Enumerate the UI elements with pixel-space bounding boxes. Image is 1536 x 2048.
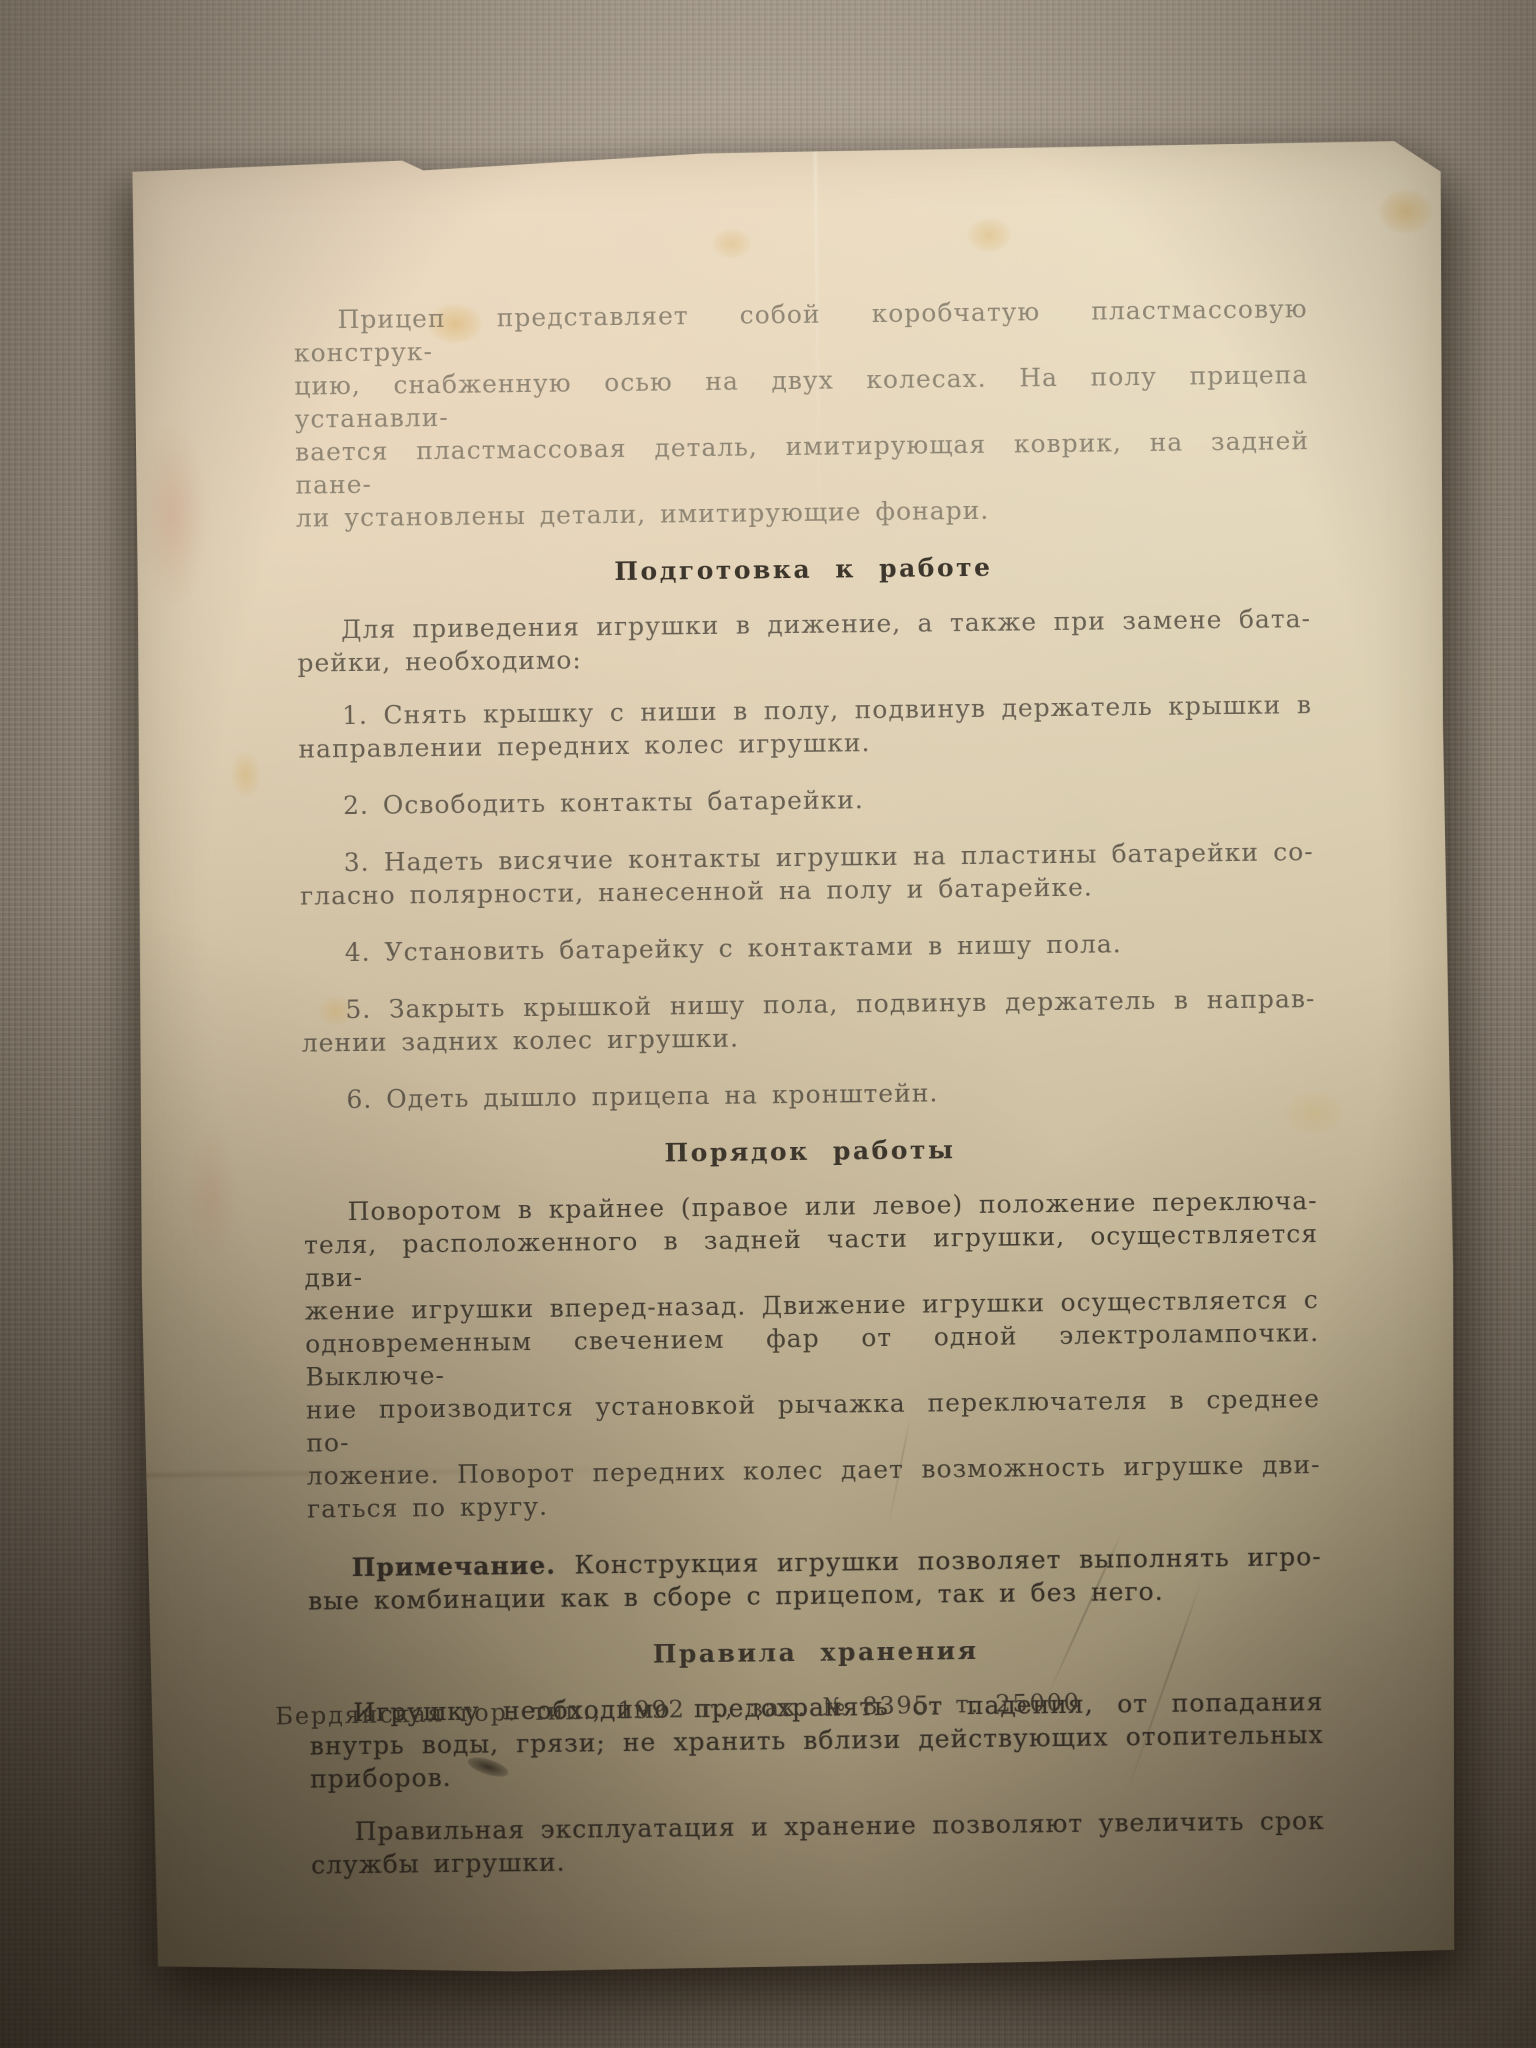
text-line: вается пластмассовая деталь, имитирующая… (295, 424, 1310, 501)
text-line: 4. Установить батарейку с контактами в н… (301, 925, 1315, 970)
list-item: 5. Закрыть крышкой нишу пола, подвинув д… (301, 982, 1316, 1059)
note-label: Примечание. (352, 1551, 575, 1583)
text-line: цию, снабженную осью на двух колесах. На… (294, 358, 1309, 435)
text-line: 2. Освободить контакты батарейки. (299, 778, 1313, 823)
paragraph: Правильная эксплуатация и хранение позво… (311, 1804, 1326, 1881)
text-line: теля, расположенного в задней части игру… (304, 1217, 1319, 1294)
paper-page-wrap: Прицеп представляет собой коробчатую пла… (126, 141, 1463, 1978)
list-item: 4. Установить батарейку с контактами в н… (301, 925, 1315, 970)
paragraph: Прицеп представляет собой коробчатую пла… (293, 292, 1310, 534)
stain (230, 752, 261, 797)
section-heading: Правила хранения (309, 1630, 1323, 1675)
section-heading: Порядок работы (303, 1129, 1317, 1174)
text-line: ние производится установкой рычажка пере… (306, 1382, 1321, 1459)
text-line: одновременным свечением фар от одной эле… (305, 1316, 1320, 1393)
list-item: 2. Освободить контакты батарейки. (299, 778, 1313, 823)
stain (1378, 189, 1434, 235)
paragraph: Для приведения игрушки в дижение, а такж… (297, 602, 1312, 679)
list-item: 3. Надеть висячие контакты игрушки на пл… (300, 835, 1315, 912)
document-text: Прицеп представляет собой коробчатую пла… (292, 142, 1326, 1901)
paper-page: Прицеп представляет собой коробчатую пла… (126, 141, 1463, 1978)
list-item: 1. Снять крышку с ниши в полу, подвинув … (298, 688, 1313, 765)
text-line: Прицеп представляет собой коробчатую пла… (293, 292, 1308, 369)
note-paragraph: Примечание. Конструкция игрушки позволяе… (308, 1540, 1323, 1617)
list-item: 6. Одеть дышло прицепа на кронштейн. (302, 1072, 1316, 1117)
text-line: 6. Одеть дышло прицепа на кронштейн. (302, 1072, 1316, 1117)
stain (189, 1132, 232, 1257)
stain (137, 423, 209, 609)
section-heading: Подготовка к работе (296, 547, 1310, 592)
paragraph: Поворотом в крайнее (правое или левое) п… (304, 1184, 1322, 1525)
